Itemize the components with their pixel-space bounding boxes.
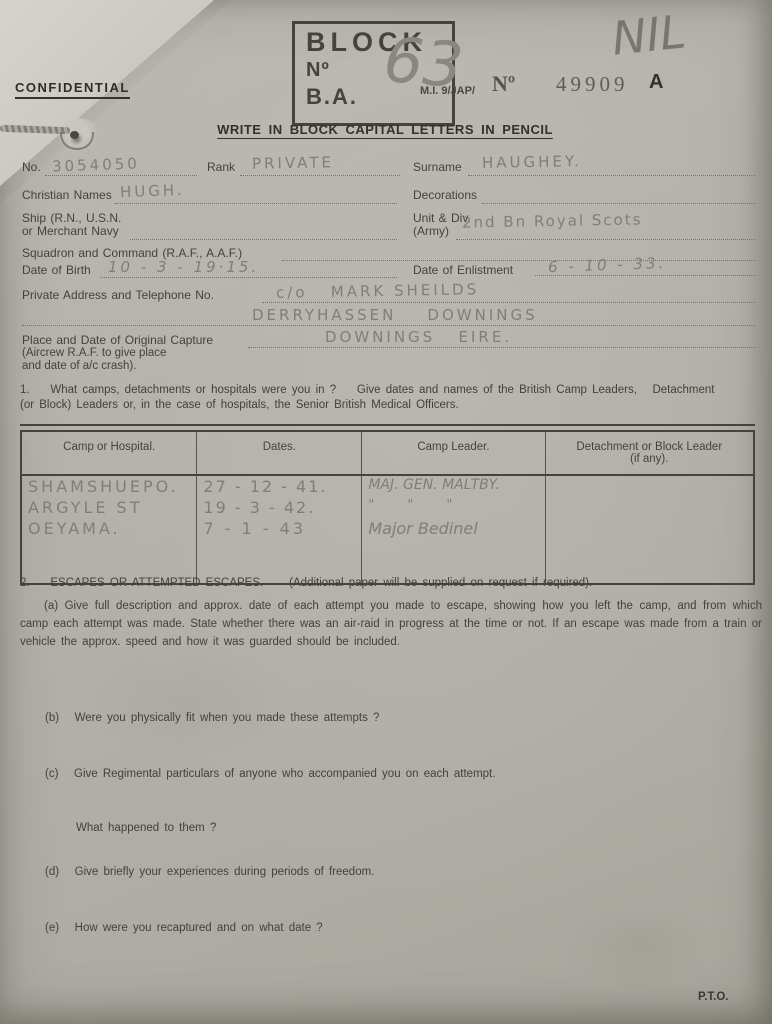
question1-line1: 1. What camps, detachments or hospitals … (20, 384, 762, 396)
camp-cell: ARGYLE ST (21, 497, 197, 518)
capture-label-line1: Place and Date of Original Capture (22, 333, 213, 347)
confidential-marking: CONFIDENTIAL (15, 80, 130, 99)
address-line2 (22, 324, 756, 326)
section2-heading: 2. ESCAPES OR ATTEMPTED ESCAPES. (Additi… (20, 577, 762, 589)
camp-table: Camp or Hospital. Dates. Camp Leader. De… (20, 430, 755, 585)
capture-value: DOWNINGS EIRE. (325, 328, 512, 346)
camp-table-row: ARGYLE ST 19 - 3 - 42. " " " (21, 497, 754, 518)
surname-value: HAUGHEY. (482, 152, 582, 172)
dates-cell: 7 - 1 - 43 (197, 518, 362, 539)
section2-item-c-followup: What happened to them ? (76, 822, 216, 834)
leader-cell: MAJ. GEN. MALTBY. (362, 475, 545, 497)
paper-smudge (80, 640, 300, 760)
ref-series-letter: A (649, 71, 663, 94)
address-label: Private Address and Telephone No. (22, 288, 214, 302)
enlistment-label: Date of Enlistment (413, 263, 513, 277)
date-of-birth-label: Date of Birth (22, 263, 91, 277)
mi9-dept-label: M.I. 9/JAP/ (420, 85, 475, 97)
service-no-value: 3054050 (52, 154, 140, 175)
capture-line (248, 346, 756, 348)
rank-label: Rank (207, 160, 235, 174)
unit-line (456, 238, 756, 240)
dates-cell: 19 - 3 - 42. (197, 497, 362, 518)
ship-label-line1: Ship (R.N., U.S.N. (22, 211, 121, 225)
decorations-label: Decorations (413, 188, 477, 202)
squadron-line (282, 259, 756, 261)
date-of-birth-line (100, 276, 397, 278)
rank-line (240, 174, 400, 176)
dates-cell: 27 - 12 - 41. (197, 475, 362, 497)
ship-line (130, 238, 397, 240)
handwritten-nil-annotation: NIL (609, 4, 688, 65)
camp-table-header-dates: Dates. (197, 431, 362, 475)
section2-item-b: (b) Were you physically fit when you mad… (45, 712, 379, 724)
ref-no-label: Nº (492, 71, 515, 97)
leader-cell: Major Bedinel (362, 518, 545, 539)
camp-table-header-camp: Camp or Hospital. (21, 431, 197, 475)
service-no-label: No. (22, 160, 41, 174)
camp-table-row: OEYAMA. 7 - 1 - 43 Major Bedinel (21, 518, 754, 539)
rank-value: PRIVATE (252, 153, 334, 172)
punch-hole (70, 131, 79, 139)
surname-line (468, 174, 756, 176)
address-value-line2: DERRYHASSEN DOWNINGS (252, 306, 538, 324)
section2-item-d: (d) Give briefly your experiences during… (45, 866, 374, 878)
service-no-line (45, 174, 197, 176)
detachment-cell (545, 518, 754, 539)
capture-label-line2: (Aircrew R.A.F. to give place (22, 347, 166, 359)
christian-names-label: Christian Names (22, 188, 112, 202)
leader-cell: " " " (362, 497, 545, 518)
surname-label: Surname (413, 160, 462, 174)
ref-number: 49909 (556, 72, 629, 97)
ship-label-line2: or Merchant Navy (22, 224, 119, 238)
date-of-birth-value: 10 - 3 - 19·15. (108, 258, 259, 276)
unit-label-line2: (Army) (413, 224, 449, 238)
capture-label-line3: and date of a/c crash). (22, 360, 136, 372)
detachment-cell (545, 497, 754, 518)
christian-names-line (115, 202, 397, 204)
address-value-line1: c/o MARK SHEILDS (276, 280, 479, 302)
christian-names-value: HUGH. (120, 181, 185, 201)
camp-cell: SHAMSHUEPO. (21, 475, 197, 497)
camp-cell: OEYAMA. (21, 518, 197, 539)
camp-table-header-leader: Camp Leader. (362, 431, 545, 475)
section2-item-a: (a) Give full description and approx. da… (20, 598, 762, 651)
detachment-cell (545, 475, 754, 497)
question1-line2: (or Block) Leaders or, in the case of ho… (20, 399, 762, 411)
camp-table-row: SHAMSHUEPO. 27 - 12 - 41. MAJ. GEN. MALT… (21, 475, 754, 497)
enlistment-line (535, 274, 756, 276)
camp-table-header-detachment: Detachment or Block Leader (if any). (545, 431, 754, 475)
scanned-pow-questionnaire-page: CONFIDENTIAL BLOCK Nº B.A. 63 M.I. 9/JAP… (0, 0, 772, 1024)
section2-item-c: (c) Give Regimental particulars of anyon… (45, 768, 495, 780)
pto-marking: P.T.O. (698, 991, 728, 1003)
enlistment-value: 6 - 10 - 33. (548, 254, 667, 276)
section2-item-e: (e) How were you recaptured and on what … (45, 922, 323, 934)
block-capitals-instruction: WRITE IN BLOCK CAPITAL LETTERS IN PENCIL (180, 122, 590, 137)
camp-table-container: Camp or Hospital. Dates. Camp Leader. De… (20, 424, 755, 585)
paper-smudge (560, 900, 720, 990)
address-line1 (262, 301, 756, 303)
decorations-line (482, 202, 756, 204)
unit-value: 2nd Bn Royal Scots (462, 210, 643, 231)
